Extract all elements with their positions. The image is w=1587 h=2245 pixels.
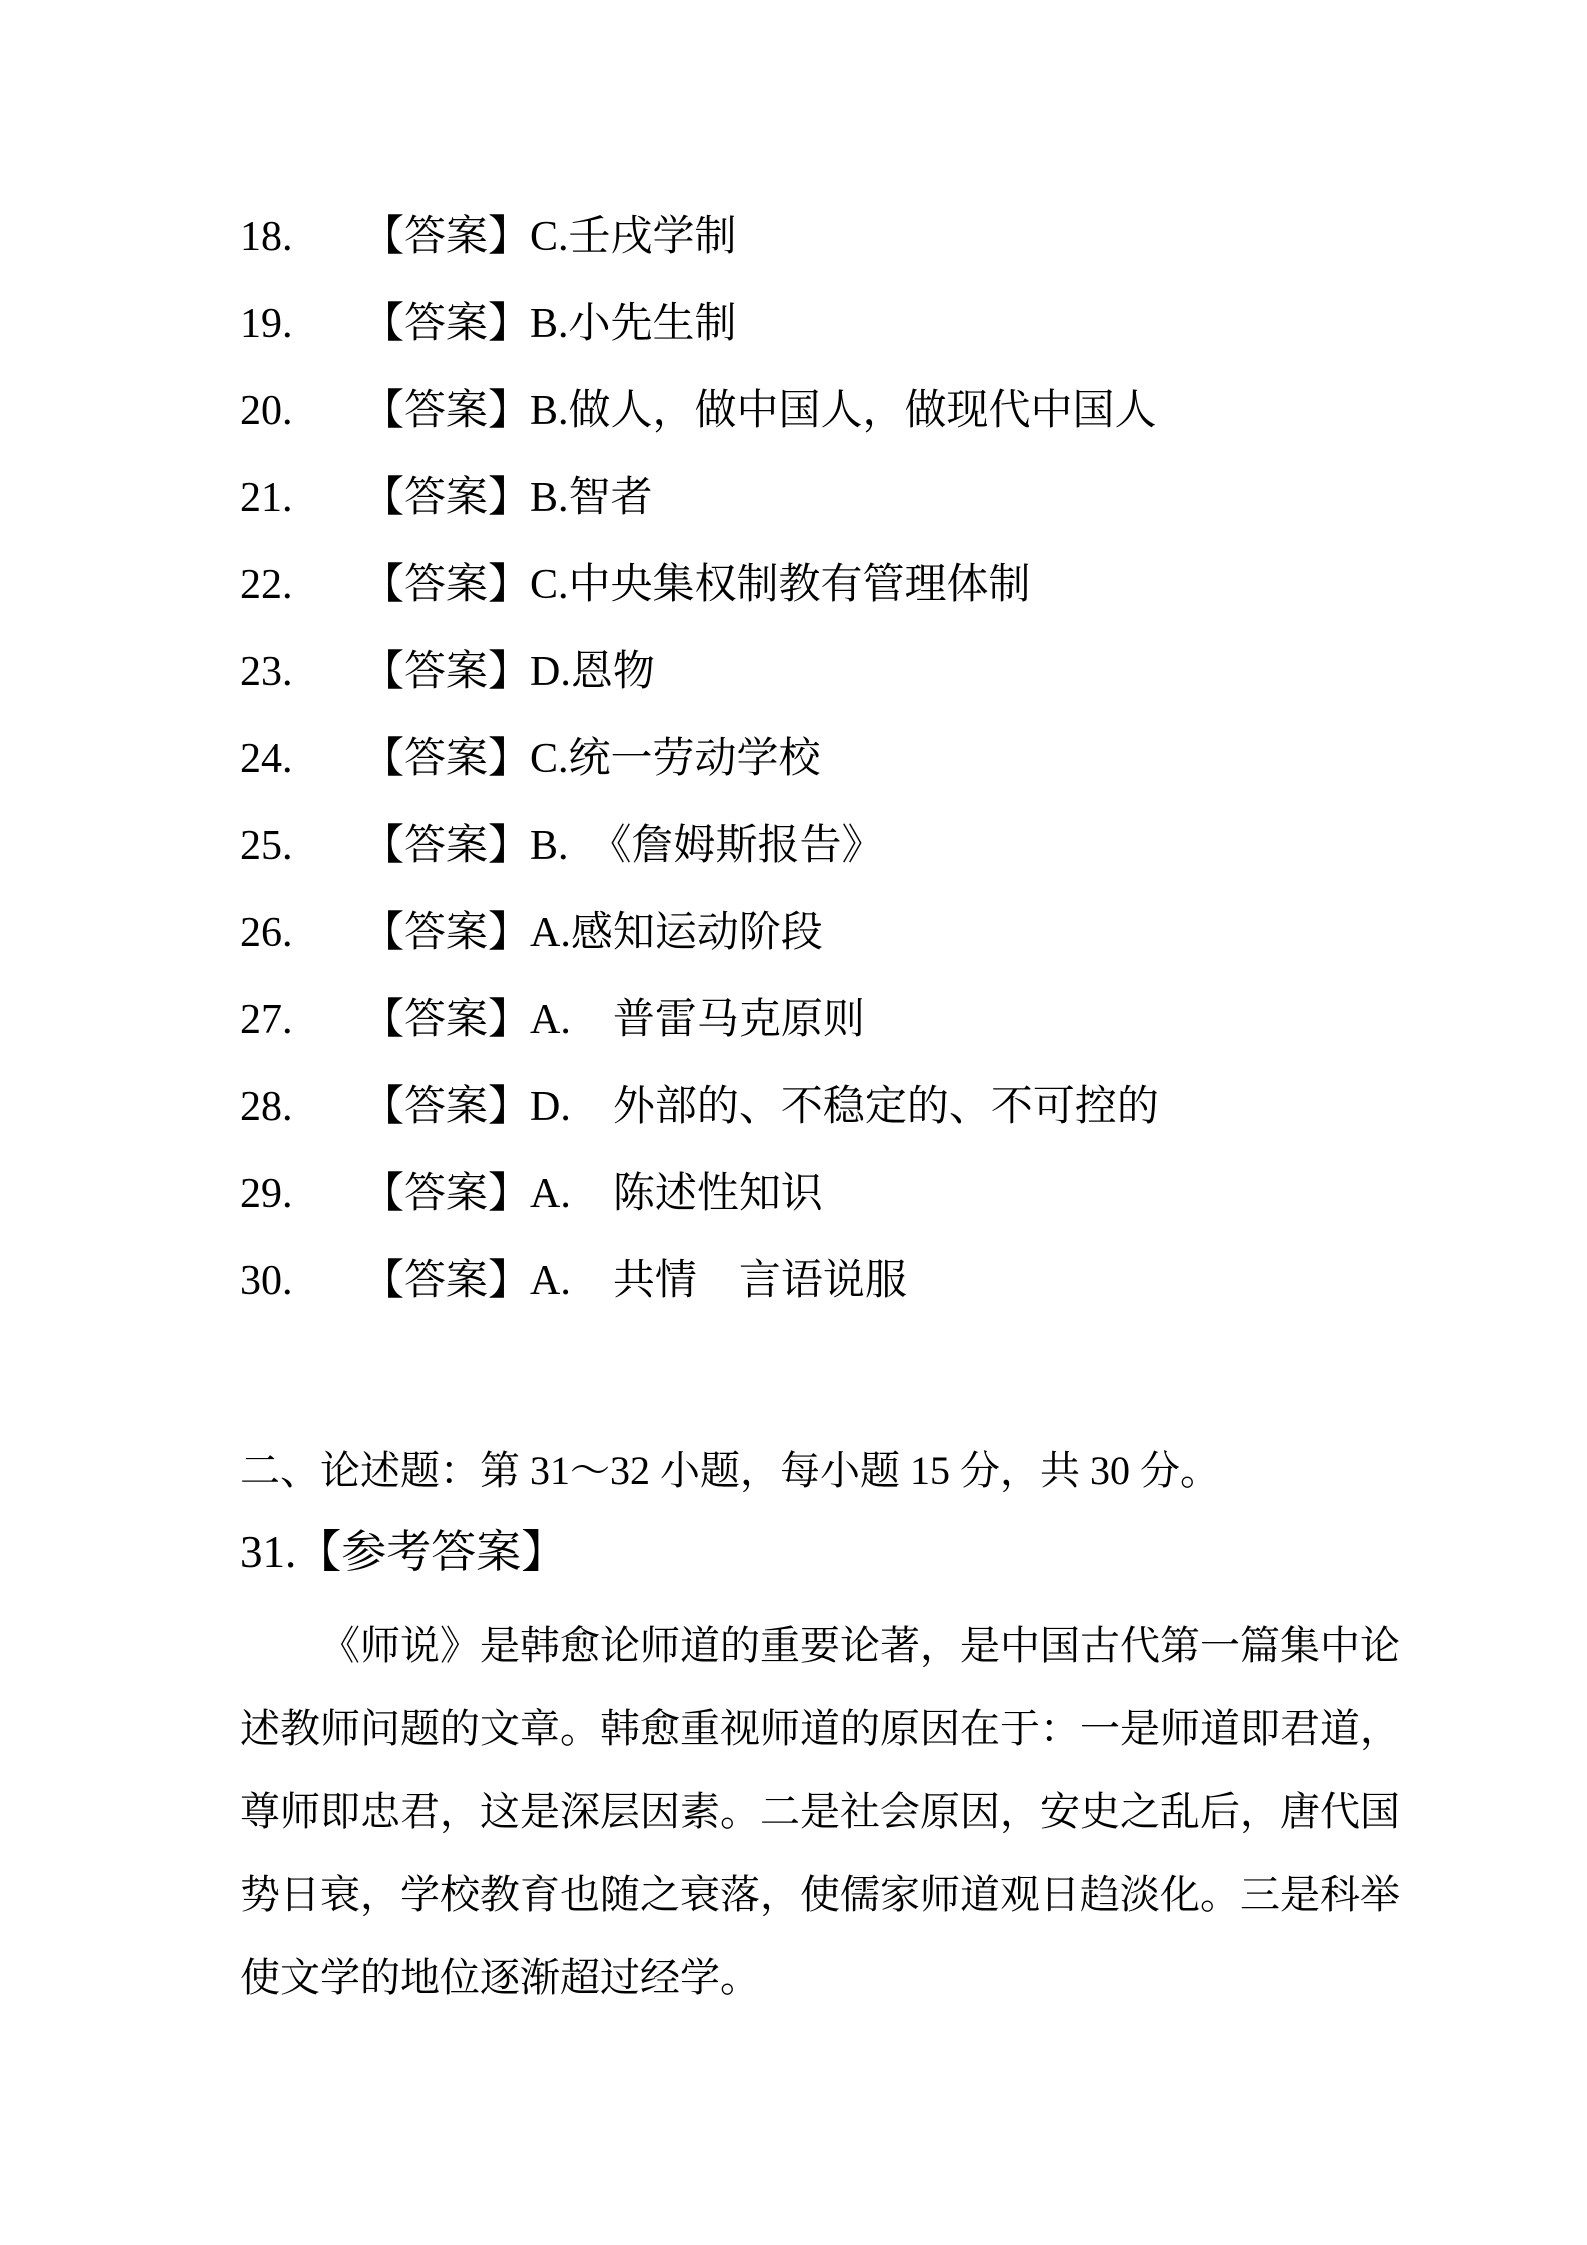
answer-row-30: 30.【答案】A. 共情 言语说服 [0,1238,1587,1325]
answer-value: B.智者 [530,475,653,521]
answer-marker: 【答案】 [362,736,530,782]
document-page: 18.【答案】C.壬戌学制 19.【答案】B.小先生制 20.【答案】B.做人，… [0,0,1587,2245]
essay-section-heading: 二、论述题：第 31～32 小题，每小题 15 分，共 30 分。 [240,1427,1220,1514]
answer-row-28: 28.【答案】D. 外部的、不稳定的、不可控的 [0,1064,1587,1151]
answer-number: 19. [240,281,362,368]
answer-row-22: 22.【答案】C.中央集权制教有管理体制 [0,542,1587,629]
answer-number: 20. [240,368,362,455]
answer-row-19: 19.【答案】B.小先生制 [0,281,1587,368]
answer-value: A.感知运动阶段 [530,910,823,956]
paragraph-line-3: 尊师即忠君，这是深层因素。二是社会原因，安史之乱后，唐代国 [240,1770,1370,1853]
answer-marker: 【答案】 [362,649,530,695]
answer-value: A. 共情 言语说服 [530,1258,907,1304]
answer-value: D.恩物 [530,649,655,695]
paragraph-line-5: 使文学的地位逐渐超过经学。 [240,1936,1370,2019]
answer-row-21: 21.【答案】B.智者 [0,455,1587,542]
answer-value: B.小先生制 [530,301,737,347]
answer-number: 25. [240,803,362,890]
answer-value: D. 外部的、不稳定的、不可控的 [530,1084,1159,1130]
answer-marker: 【答案】 [362,214,530,260]
answer-value: A. 普雷马克原则 [530,997,865,1043]
answer-marker: 【答案】 [362,1084,530,1130]
answer-marker: 【答案】 [362,823,530,869]
answer-marker: 【答案】 [362,1258,530,1304]
answer-row-29: 29.【答案】A. 陈述性知识 [0,1151,1587,1238]
answer-row-25: 25.【答案】B. 《詹姆斯报告》 [0,803,1587,890]
answer-marker: 【答案】 [362,388,530,434]
answer-number: 28. [240,1064,362,1151]
answer-number: 29. [240,1151,362,1238]
answer-number: 26. [240,890,362,977]
paragraph-line-2: 述教师问题的文章。韩愈重视师道的原因在于：一是师道即君道， [240,1687,1370,1770]
answer-number: 21. [240,455,362,542]
answer-marker: 【答案】 [362,997,530,1043]
answer-row-23: 23.【答案】D.恩物 [0,629,1587,716]
answer-row-20: 20.【答案】B.做人，做中国人，做现代中国人 [0,368,1587,455]
answer-number: 22. [240,542,362,629]
answer-marker: 【答案】 [362,1171,530,1217]
answer-number: 24. [240,716,362,803]
answer-row-26: 26.【答案】A.感知运动阶段 [0,890,1587,977]
answer-marker: 【答案】 [362,910,530,956]
answer-marker: 【答案】 [362,301,530,347]
answer-value: B. 《詹姆斯报告》 [530,823,884,869]
paragraph-line-4: 势日衰，学校教育也随之衰落，使儒家师道观日趋淡化。三是科举 [240,1853,1370,1936]
answer-value: C.统一劳动学校 [530,736,821,782]
answer-value: B.做人，做中国人，做现代中国人 [530,388,1157,434]
answer-number: 27. [240,977,362,1064]
answer-marker: 【答案】 [362,562,530,608]
essay-paragraph: 《师说》是韩愈论师道的重要论著，是中国古代第一篇集中论 述教师问题的文章。韩愈重… [240,1604,1370,2019]
answer-number: 30. [240,1238,362,1325]
answers-list: 18.【答案】C.壬戌学制 19.【答案】B.小先生制 20.【答案】B.做人，… [0,194,1587,1325]
answer-value: A. 陈述性知识 [530,1171,823,1217]
answer-number: 23. [240,629,362,716]
reference-answer-label: 31.【参考答案】 [240,1506,566,1598]
answer-marker: 【答案】 [362,475,530,521]
paragraph-line-1: 《师说》是韩愈论师道的重要论著，是中国古代第一篇集中论 [240,1604,1370,1687]
answer-row-24: 24.【答案】C.统一劳动学校 [0,716,1587,803]
answer-row-27: 27.【答案】A. 普雷马克原则 [0,977,1587,1064]
answer-value: C.中央集权制教有管理体制 [530,562,1031,608]
answer-value: C.壬戌学制 [530,214,737,260]
answer-number: 18. [240,194,362,281]
answer-row-18: 18.【答案】C.壬戌学制 [0,194,1587,281]
